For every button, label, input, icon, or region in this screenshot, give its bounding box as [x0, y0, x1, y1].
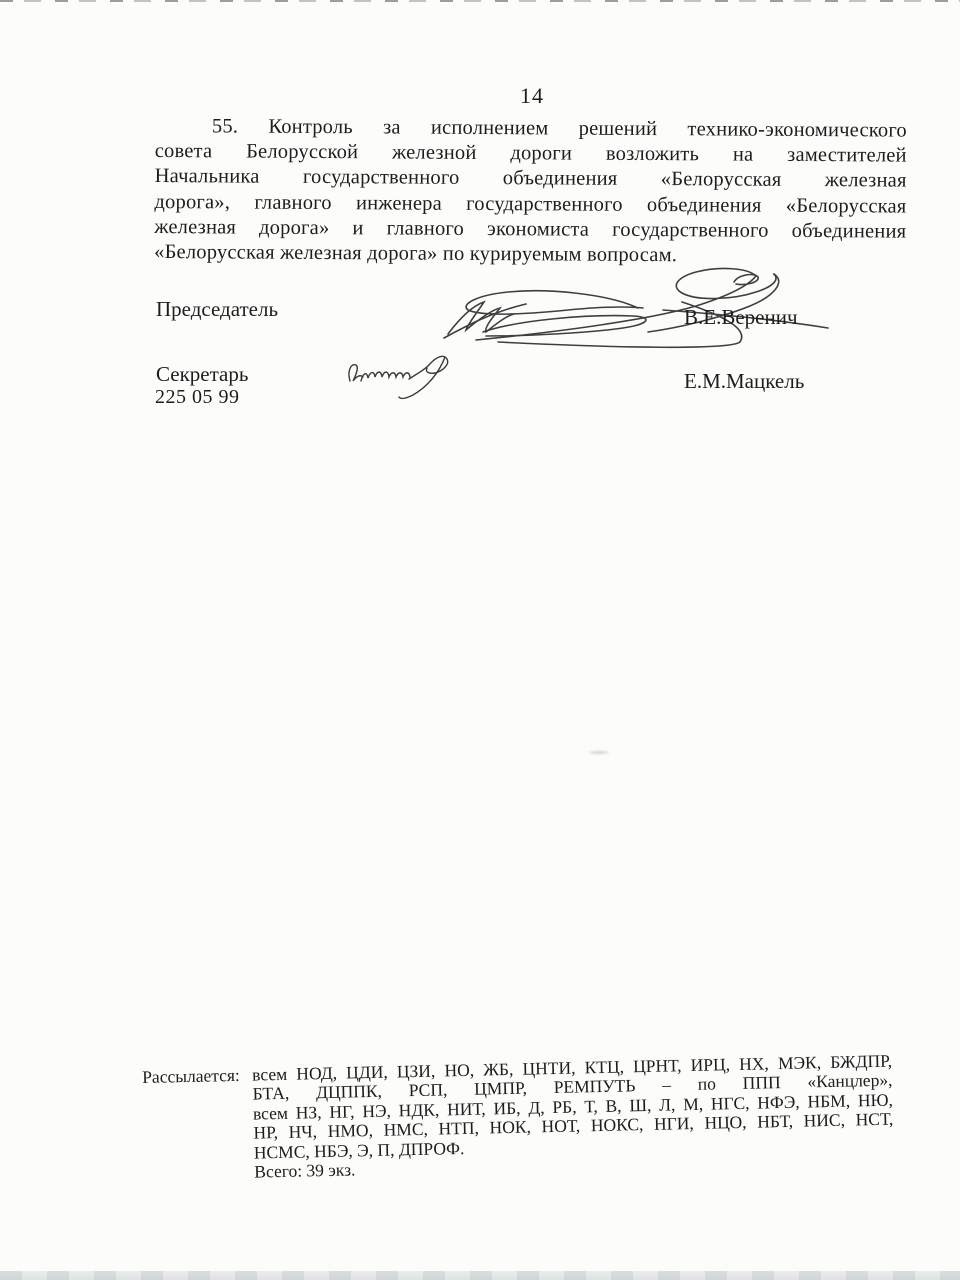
scan-artifact-top-edge [0, 0, 960, 2]
distribution-lines: всем НОД, ЦДИ, ЦЗИ, НО, ЖБ, ЦНТИ, КТЦ, Ц… [252, 1052, 894, 1182]
secretary-signature [343, 351, 470, 408]
paragraph-line: «Белорусская железная дорога» по курируе… [154, 240, 906, 270]
page-number: 14 [520, 83, 544, 109]
scanned-document-page: 14 55. Контроль за исполнением решений т… [0, 0, 960, 1280]
secretary-role-label: Секретарь [156, 362, 248, 387]
distribution-label: Рассылается: [142, 1066, 240, 1088]
clause-55-paragraph: 55. Контроль за исполнением решений техн… [154, 114, 907, 270]
secretary-name: Е.М.Мацкель [684, 369, 804, 394]
secretary-phone: 225 05 99 [155, 386, 240, 409]
chairman-role-label: Председатель [156, 297, 278, 322]
distribution-block: Рассылается: всем НОД, ЦДИ, ЦЗИ, НО, ЖБ,… [142, 1052, 896, 1185]
chairman-name: В.Е.Веренич [684, 305, 798, 330]
scan-smudge [589, 751, 609, 754]
scan-artifact-bottom-edge [0, 1271, 960, 1280]
